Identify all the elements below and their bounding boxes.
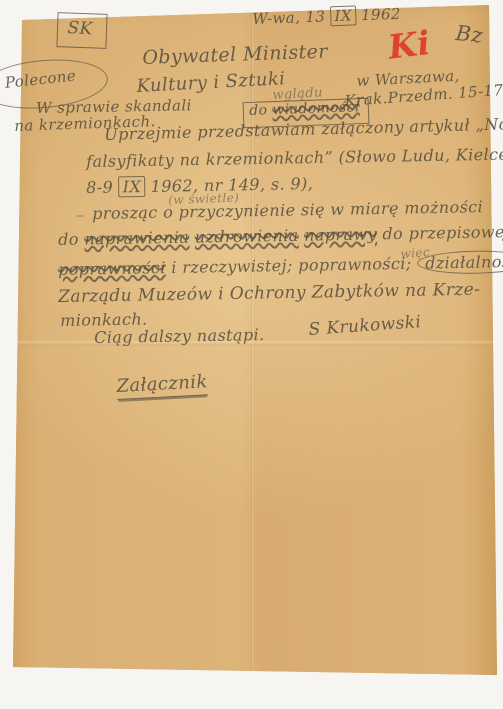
insert-prefix: do <box>249 102 268 119</box>
monogram-initials: Bz <box>454 21 484 48</box>
insert-struck-word: wiadomości <box>272 99 360 118</box>
line5-struck-3: naprawy <box>304 224 377 244</box>
attachment-note: Załącznik <box>116 371 208 400</box>
line5-lead: do <box>58 230 79 249</box>
date-month-boxed: IX <box>330 5 356 26</box>
line5-struck-1: naprawienia <box>84 228 189 249</box>
body-line-3-dates: 8-9 <box>86 178 113 197</box>
scanned-letter-page: { "meta": { "description_colors": { "pap… <box>0 0 503 709</box>
line5-struck-2: uzdrowienia <box>195 226 299 247</box>
red-ki-mark: Ki <box>386 23 432 67</box>
margin-dash: – <box>76 205 84 224</box>
body-line-3-month-boxed: IX <box>118 176 145 197</box>
date-city: W-wa, <box>252 8 301 28</box>
line5-tail: do przepisowej <box>382 222 503 243</box>
line6-struck: poprawności <box>58 258 166 279</box>
date-day: 13 <box>305 7 326 26</box>
closing-line: Ciąg dalszy nastąpi. <box>94 325 265 347</box>
sk-stamp-label: SK <box>67 18 93 39</box>
line6-circled: działalności <box>417 250 503 275</box>
scan-area: SK W-wa, 13 IX 1962 Bz Ki Polecone Obywa… <box>0 0 503 709</box>
date-year: 1962 <box>361 5 401 24</box>
